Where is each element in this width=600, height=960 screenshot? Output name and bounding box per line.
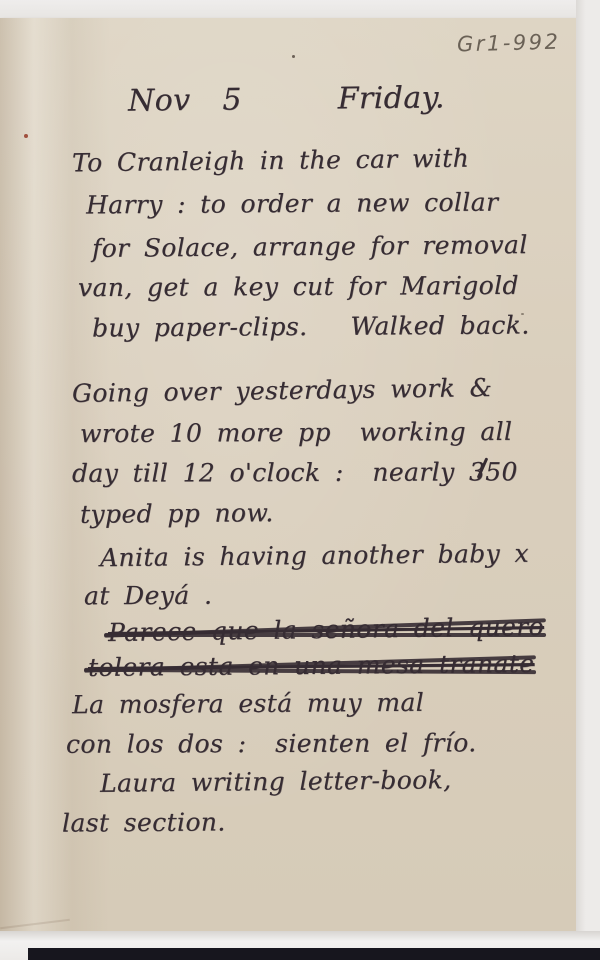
diary-date-line: Nov 5 Friday. bbox=[128, 80, 445, 118]
scanner-margin-right bbox=[576, 0, 600, 960]
diary-line: day till 12 o'clock : nearly 350 bbox=[72, 457, 518, 488]
scan-edge-dark-bar bbox=[28, 948, 600, 960]
diary-line: for Solace, arrange for removal bbox=[92, 230, 528, 263]
diary-line: at Deyá . bbox=[84, 581, 212, 611]
archive-reference-label: Gr1-992 bbox=[457, 30, 561, 57]
diary-line: con los dos : sienten el frío. bbox=[66, 728, 477, 758]
diary-line: typed pp now. bbox=[80, 498, 274, 529]
diary-line: Laura writing letter-book, bbox=[100, 765, 452, 798]
diary-line: La mosfera está muy mal bbox=[72, 688, 424, 719]
scanned-diary-page: Gr1-992 Nov 5 Friday. To Cranleigh in th… bbox=[0, 0, 600, 960]
scanner-margin-top bbox=[0, 0, 600, 19]
diary-line: Anita is having another baby x bbox=[100, 539, 529, 572]
diary-line: wrote 10 more pp working all bbox=[80, 417, 513, 448]
diary-line: van, get a key cut for Marigold bbox=[78, 271, 519, 302]
diary-line-struck-out: Parece que la señora del quero bbox=[108, 612, 544, 647]
diary-line: Going over yesterdays work & bbox=[72, 373, 493, 408]
diary-line: last section. bbox=[62, 807, 226, 837]
diary-line-struck-out: tolera esta en una mesa tranate bbox=[88, 649, 535, 682]
diary-line: Harry : to order a new collar bbox=[86, 188, 499, 220]
diary-line: buy paper-clips. Walked back. bbox=[92, 310, 530, 342]
paper-speck bbox=[24, 134, 28, 138]
diary-line: To Cranleigh in the car with bbox=[72, 144, 469, 178]
paper-crease bbox=[0, 919, 70, 930]
paper-speck bbox=[292, 55, 295, 58]
